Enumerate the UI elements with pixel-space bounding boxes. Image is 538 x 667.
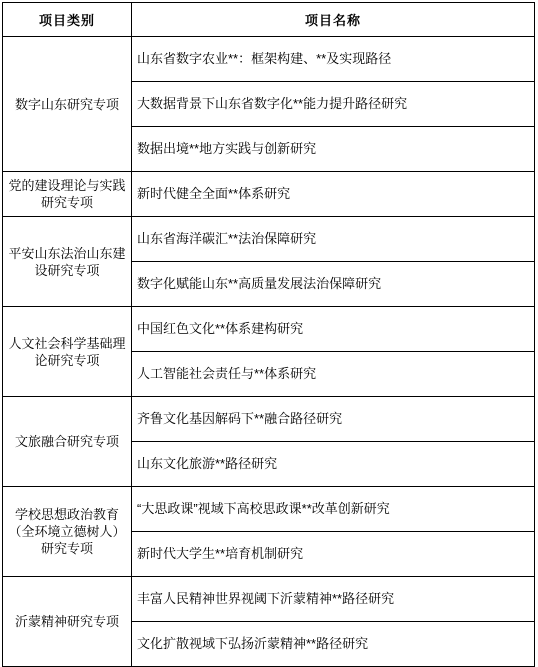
category-cell: 人文社会科学基础理论研究专项 xyxy=(3,307,132,397)
column-header-category: 项目类别 xyxy=(3,3,132,37)
table-row: 人文社会科学基础理论研究专项 中国红色文化**体系建构研究 xyxy=(3,307,535,352)
project-cell: 文化扩散视域下弘扬沂蒙精神**路径研究 xyxy=(132,622,535,667)
project-cell: 山东省海洋碳汇**法治保障研究 xyxy=(132,217,535,262)
project-cell: 中国红色文化**体系建构研究 xyxy=(132,307,535,352)
project-cell: 数据出境**地方实践与创新研究 xyxy=(132,127,535,172)
table-row: 文旅融合研究专项 齐鲁文化基因解码下**融合路径研究 xyxy=(3,397,535,442)
table-row: 沂蒙精神研究专项 丰富人民精神世界视阈下沂蒙精神**路径研究 xyxy=(3,577,535,622)
table-row: 党的建设理论与实践研究专项 新时代健全全面**体系研究 xyxy=(3,172,535,217)
table-row: 学校思想政治教育（全环境立德树人）研究专项 “大思政课”视域下高校思政课**改革… xyxy=(3,487,535,532)
project-cell: 丰富人民精神世界视阈下沂蒙精神**路径研究 xyxy=(132,577,535,622)
column-header-name: 项目名称 xyxy=(132,3,535,37)
table-row: 数字山东研究专项 山东省数字农业**：框架构建、**及实现路径 xyxy=(3,37,535,82)
category-cell: 文旅融合研究专项 xyxy=(3,397,132,487)
project-cell: 新时代健全全面**体系研究 xyxy=(132,172,535,217)
category-cell: 学校思想政治教育（全环境立德树人）研究专项 xyxy=(3,487,132,577)
category-cell: 数字山东研究专项 xyxy=(3,37,132,172)
project-cell: 齐鲁文化基因解码下**融合路径研究 xyxy=(132,397,535,442)
table-header-row: 项目类别 项目名称 xyxy=(3,3,535,37)
project-cell: 山东省数字农业**：框架构建、**及实现路径 xyxy=(132,37,535,82)
project-cell: 大数据背景下山东省数字化**能力提升路径研究 xyxy=(132,82,535,127)
project-cell: “大思政课”视域下高校思政课**改革创新研究 xyxy=(132,487,535,532)
project-cell: 山东文化旅游**路径研究 xyxy=(132,442,535,487)
category-cell: 党的建设理论与实践研究专项 xyxy=(3,172,132,217)
category-cell: 沂蒙精神研究专项 xyxy=(3,577,132,667)
project-cell: 新时代大学生**培育机制研究 xyxy=(132,532,535,577)
projects-table: 项目类别 项目名称 数字山东研究专项 山东省数字农业**：框架构建、**及实现路… xyxy=(2,2,535,667)
project-cell: 人工智能社会责任与**体系研究 xyxy=(132,352,535,397)
document-page: 项目类别 项目名称 数字山东研究专项 山东省数字农业**：框架构建、**及实现路… xyxy=(0,0,538,602)
table-row: 平安山东法治山东建设研究专项 山东省海洋碳汇**法治保障研究 xyxy=(3,217,535,262)
project-cell: 数字化赋能山东**高质量发展法治保障研究 xyxy=(132,262,535,307)
category-cell: 平安山东法治山东建设研究专项 xyxy=(3,217,132,307)
